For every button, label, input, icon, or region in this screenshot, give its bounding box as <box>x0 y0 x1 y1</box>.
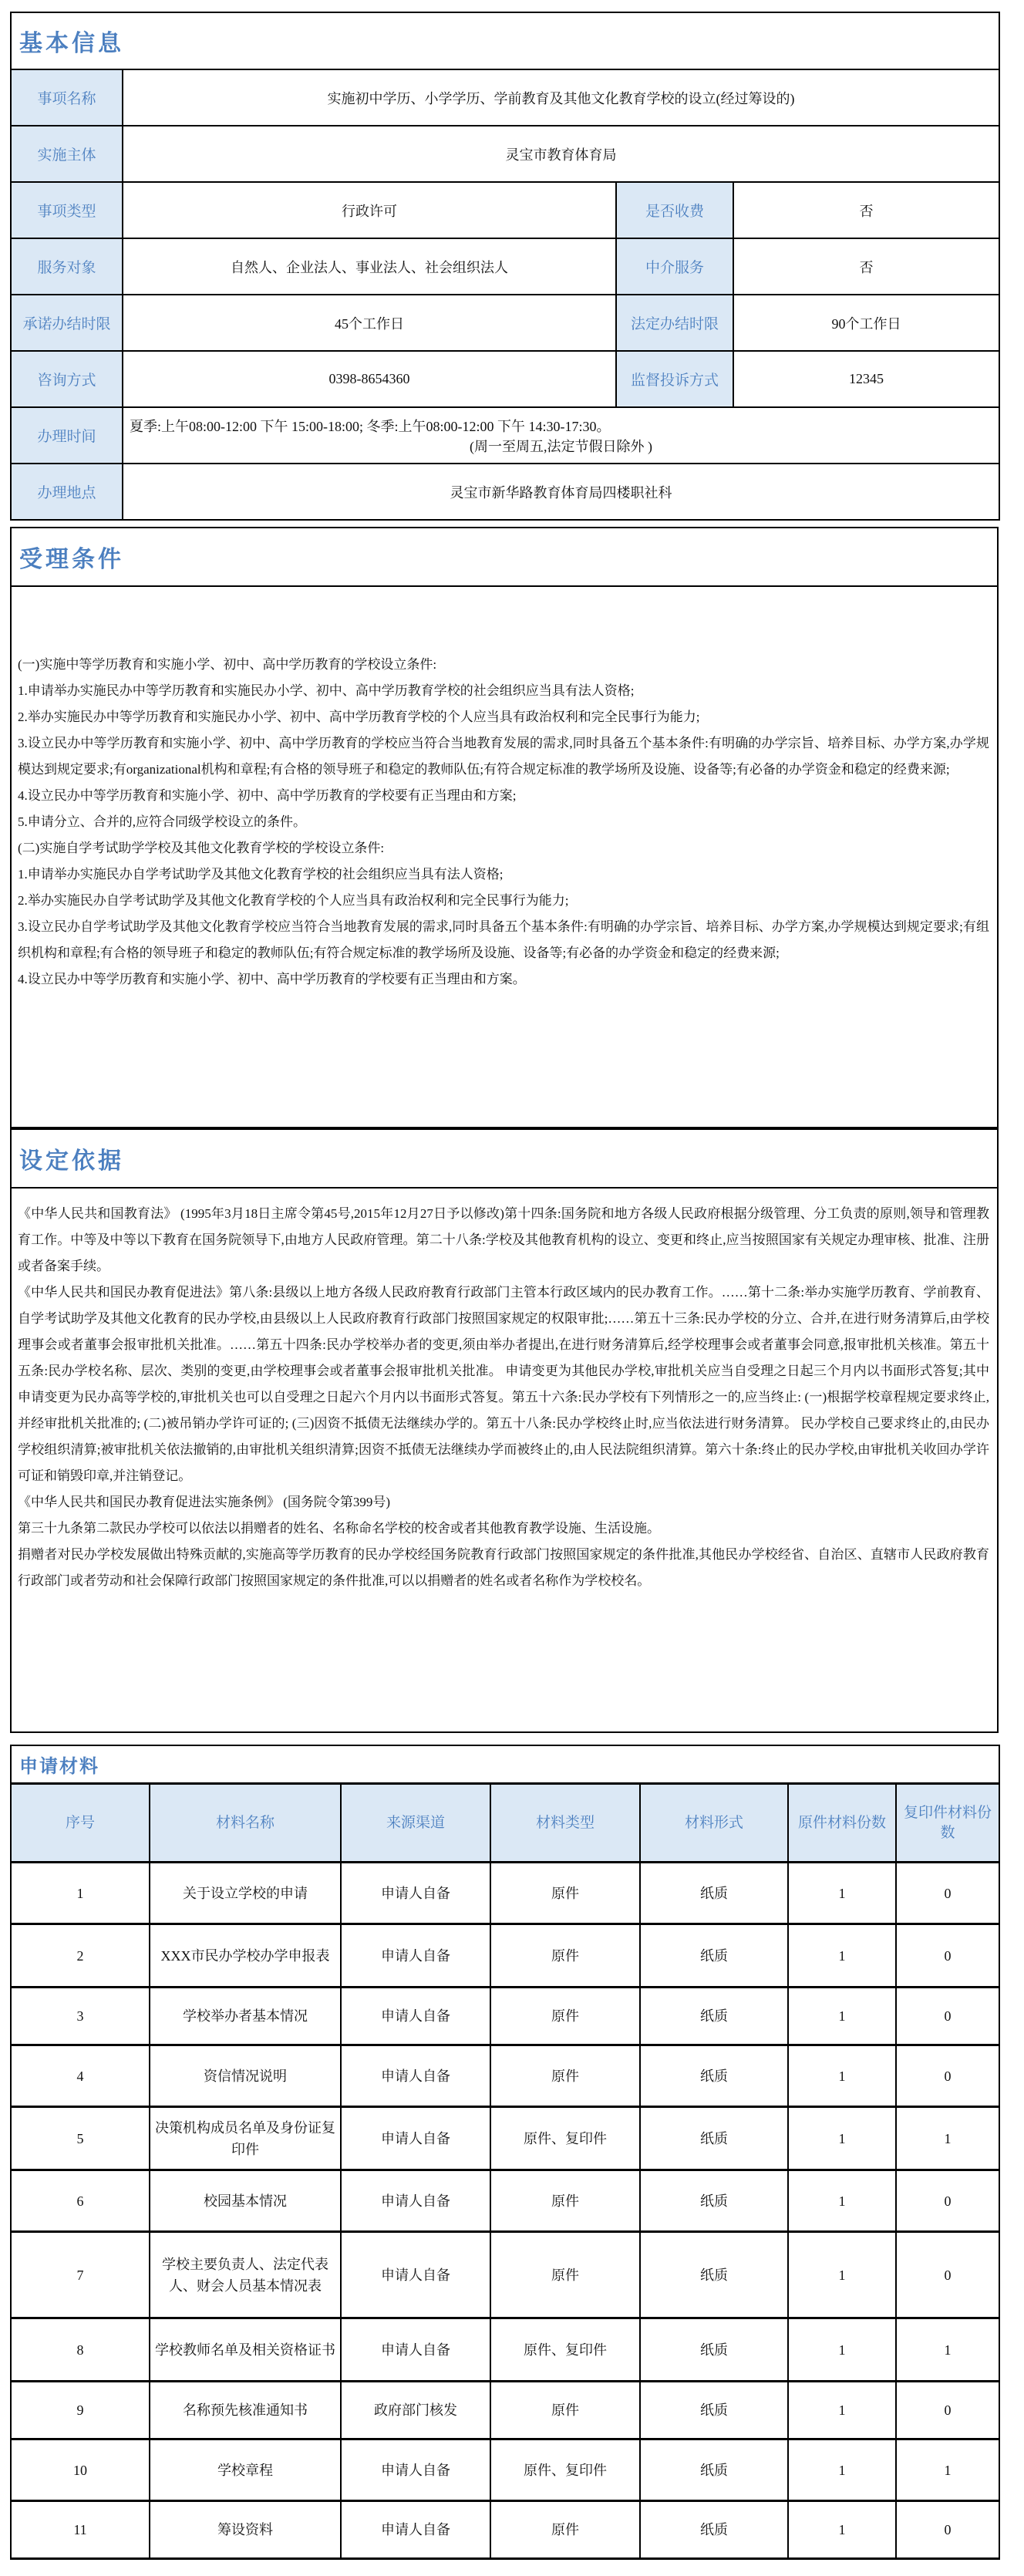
acceptance-line: (一)实施中等学历教育和实施小学、初中、高中学历教育的学校设立条件: <box>18 652 989 678</box>
acceptance-line: 3.设立民办中等学历教育和实施小学、初中、高中学历教育的学校应当符合当地教育发展… <box>18 730 989 783</box>
acceptance-line: 4.设立民办中等学历教育和实施小学、初中、高中学历教育的学校要有正当理由和方案; <box>18 783 989 809</box>
item-name-value: 实施初中学历、小学学历、学前教育及其他文化教育学校的设立(经过筹设的) <box>123 69 999 126</box>
basis-title-cell: 设定依据 <box>11 1129 998 1188</box>
material-form: 纸质 <box>640 2318 788 2382</box>
material-originals: 1 <box>788 2232 896 2318</box>
material-no: 4 <box>11 2045 150 2107</box>
material-no: 3 <box>11 1988 150 2045</box>
acceptance-line: 2.举办实施民办自学考试助学及其他文化教育学校的个人应当具有政治权利和完全民事行… <box>18 888 989 914</box>
item-type-label: 事项类型 <box>11 182 123 238</box>
acceptance-line: 5.申请分立、合并的,应符合同级学校设立的条件。 <box>18 809 989 835</box>
material-form: 纸质 <box>640 2501 788 2559</box>
service-target-label: 服务对象 <box>11 238 123 295</box>
material-form: 纸质 <box>640 1988 788 2045</box>
implementer-value: 灵宝市教育体育局 <box>123 126 999 182</box>
material-originals: 1 <box>788 2382 896 2439</box>
material-copies: 0 <box>896 2232 999 2318</box>
legal-time-label: 法定办结时限 <box>616 295 733 351</box>
materials-table: 申请材料 序号 材料名称 来源渠道 材料类型 材料形式 原件材料份数 复印件材料… <box>10 1745 1000 2560</box>
material-no: 9 <box>11 2382 150 2439</box>
material-type: 原件 <box>490 1924 640 1988</box>
acceptance-line: 1.申请举办实施民办中等学历教育和实施民办小学、初中、高中学历教育学校的社会组织… <box>18 678 989 704</box>
material-name: 学校举办者基本情况 <box>150 1988 341 2045</box>
materials-title-cell: 申请材料 <box>11 1745 999 1784</box>
material-type: 原件 <box>490 2170 640 2232</box>
consult-label: 咨询方式 <box>11 351 123 407</box>
material-name: 校园基本情况 <box>150 2170 341 2232</box>
table-row: 4 资信情况说明 申请人自备 原件 纸质 1 0 <box>11 2045 999 2107</box>
material-no: 1 <box>11 1863 150 1924</box>
basis-paragraph: 捐赠者对民办学校发展做出特殊贡献的,实施高等学历教育的民办学校经国务院教育行政部… <box>18 1542 989 1594</box>
material-copies: 0 <box>896 2170 999 2232</box>
material-name: 资信情况说明 <box>150 2045 341 2107</box>
material-name: XXX市民办学校办学申报表 <box>150 1924 341 1988</box>
materials-header-row: 序号 材料名称 来源渠道 材料类型 材料形式 原件材料份数 复印件材料份数 <box>11 1784 999 1863</box>
material-no: 11 <box>11 2501 150 2559</box>
material-no: 8 <box>11 2318 150 2382</box>
material-form: 纸质 <box>640 1863 788 1924</box>
material-source: 申请人自备 <box>341 2107 490 2170</box>
material-originals: 1 <box>788 1863 896 1924</box>
row-office-hours: 办理时间 夏季:上午08:00-12:00 下午 15:00-18:00; 冬季… <box>11 407 999 464</box>
office-hours-line2: (周一至周五,法定节假日除外 ) <box>128 436 994 456</box>
table-row: 1 关于设立学校的申请 申请人自备 原件 纸质 1 0 <box>11 1863 999 1924</box>
acceptance-line: 4.设立民办中等学历教育和实施小学、初中、高中学历教育的学校要有正当理由和方案。 <box>18 966 989 993</box>
material-copies: 1 <box>896 2439 999 2501</box>
row-item-type: 事项类型 行政许可 是否收费 否 <box>11 182 999 238</box>
service-item-document: 基本信息 事项名称 实施初中学历、小学学历、学前教育及其他文化教育学校的设立(经… <box>10 12 999 2560</box>
table-row: 9 名称预先核准通知书 政府部门核发 原件 纸质 1 0 <box>11 2382 999 2439</box>
col-header-originals: 原件材料份数 <box>788 1784 896 1863</box>
legal-time-value: 90个工作日 <box>733 295 999 351</box>
table-row: 5 决策机构成员名单及身份证复印件 申请人自备 原件、复印件 纸质 1 1 <box>11 2107 999 2170</box>
material-form: 纸质 <box>640 2232 788 2318</box>
material-form: 纸质 <box>640 2382 788 2439</box>
acceptance-section-title: 受理条件 <box>19 547 124 572</box>
material-source: 申请人自备 <box>341 2170 490 2232</box>
service-target-value: 自然人、企业法人、事业法人、社会组织法人 <box>123 238 616 295</box>
basis-paragraph: 《中华人民共和国民办教育促进法实施条例》 (国务院令第399号) <box>18 1489 989 1516</box>
material-copies: 0 <box>896 2501 999 2559</box>
material-originals: 1 <box>788 2107 896 2170</box>
material-copies: 0 <box>896 1988 999 2045</box>
material-copies: 1 <box>896 2318 999 2382</box>
basis-paragraph: 《中华人民共和国教育法》 (1995年3月18日主席令第45号,2015年12月… <box>18 1201 989 1280</box>
material-source: 申请人自备 <box>341 1863 490 1924</box>
supervise-label: 监督投诉方式 <box>616 351 733 407</box>
material-name: 决策机构成员名单及身份证复印件 <box>150 2107 341 2170</box>
material-source: 政府部门核发 <box>341 2382 490 2439</box>
material-source: 申请人自备 <box>341 1924 490 1988</box>
acceptance-content: (一)实施中等学历教育和实施小学、初中、高中学历教育的学校设立条件: 1.申请举… <box>11 586 998 1128</box>
table-row: 10 学校章程 申请人自备 原件、复印件 纸质 1 1 <box>11 2439 999 2501</box>
material-source: 申请人自备 <box>341 2232 490 2318</box>
row-service-target: 服务对象 自然人、企业法人、事业法人、社会组织法人 中介服务 否 <box>11 238 999 295</box>
location-value: 灵宝市新华路教育体育局四楼职社科 <box>123 464 999 520</box>
material-type: 原件 <box>490 2045 640 2107</box>
material-source: 申请人自备 <box>341 2045 490 2107</box>
material-type: 原件、复印件 <box>490 2439 640 2501</box>
material-type: 原件 <box>490 1863 640 1924</box>
implementer-label: 实施主体 <box>11 126 123 182</box>
material-name: 学校教师名单及相关资格证书 <box>150 2318 341 2382</box>
office-hours-value: 夏季:上午08:00-12:00 下午 15:00-18:00; 冬季:上午08… <box>123 407 999 464</box>
material-originals: 1 <box>788 2501 896 2559</box>
material-name: 学校章程 <box>150 2439 341 2501</box>
basis-section-title: 设定依据 <box>19 1148 124 1174</box>
item-type-value: 行政许可 <box>123 182 616 238</box>
material-no: 10 <box>11 2439 150 2501</box>
table-row: 7 学校主要负责人、法定代表人、财会人员基本情况表 申请人自备 原件 纸质 1 … <box>11 2232 999 2318</box>
material-name: 筹设资料 <box>150 2501 341 2559</box>
basis-content: 《中华人民共和国教育法》 (1995年3月18日主席令第45号,2015年12月… <box>11 1188 998 1732</box>
material-name: 名称预先核准通知书 <box>150 2382 341 2439</box>
basis-table: 设定依据 《中华人民共和国教育法》 (1995年3月18日主席令第45号,201… <box>10 1128 999 1733</box>
col-header-type: 材料类型 <box>490 1784 640 1863</box>
material-form: 纸质 <box>640 2045 788 2107</box>
material-source: 申请人自备 <box>341 2439 490 2501</box>
material-no: 6 <box>11 2170 150 2232</box>
material-originals: 1 <box>788 2439 896 2501</box>
material-no: 7 <box>11 2232 150 2318</box>
office-hours-label: 办理时间 <box>11 407 123 464</box>
material-type: 原件 <box>490 1988 640 2045</box>
supervise-value: 12345 <box>733 351 999 407</box>
row-implementer: 实施主体 灵宝市教育体育局 <box>11 126 999 182</box>
row-contact: 咨询方式 0398-8654360 监督投诉方式 12345 <box>11 351 999 407</box>
material-form: 纸质 <box>640 2107 788 2170</box>
material-source: 申请人自备 <box>341 1988 490 2045</box>
acceptance-table: 受理条件 (一)实施中等学历教育和实施小学、初中、高中学历教育的学校设立条件: … <box>10 527 999 1128</box>
material-copies: 0 <box>896 2382 999 2439</box>
material-form: 纸质 <box>640 1924 788 1988</box>
acceptance-line: 3.设立民办自学考试助学及其他文化教育学校应当符合当地教育发展的需求,同时具备五… <box>18 914 989 966</box>
material-form: 纸质 <box>640 2439 788 2501</box>
col-header-source: 来源渠道 <box>341 1784 490 1863</box>
material-name: 学校主要负责人、法定代表人、财会人员基本情况表 <box>150 2232 341 2318</box>
table-row: 6 校园基本情况 申请人自备 原件 纸质 1 0 <box>11 2170 999 2232</box>
material-copies: 0 <box>896 1924 999 1988</box>
material-originals: 1 <box>788 1924 896 1988</box>
material-originals: 1 <box>788 2318 896 2382</box>
location-label: 办理地点 <box>11 464 123 520</box>
section-gap <box>10 1733 999 1745</box>
material-no: 2 <box>11 1924 150 1988</box>
materials-section-title: 申请材料 <box>19 1756 99 1777</box>
table-row: 11 筹设资料 申请人自备 原件 纸质 1 0 <box>11 2501 999 2559</box>
material-source: 申请人自备 <box>341 2501 490 2559</box>
material-originals: 1 <box>788 2170 896 2232</box>
basic-info-section-title: 基本信息 <box>19 31 124 56</box>
material-copies: 0 <box>896 1863 999 1924</box>
acceptance-title-cell: 受理条件 <box>11 528 998 586</box>
material-type: 原件 <box>490 2382 640 2439</box>
acceptance-line: 1.申请举办实施民办自学考试助学及其他文化教育学校的社会组织应当具有法人资格; <box>18 861 989 888</box>
promised-time-value: 45个工作日 <box>123 295 616 351</box>
consult-value: 0398-8654360 <box>123 351 616 407</box>
section-gap <box>10 521 999 527</box>
basic-info-title-cell: 基本信息 <box>11 12 999 69</box>
agency-service-value: 否 <box>733 238 999 295</box>
row-item-name: 事项名称 实施初中学历、小学学历、学前教育及其他文化教育学校的设立(经过筹设的) <box>11 69 999 126</box>
material-originals: 1 <box>788 1988 896 2045</box>
acceptance-line: 2.举办实施民办中等学历教育和实施民办小学、初中、高中学历教育学校的个人应当具有… <box>18 704 989 730</box>
material-copies: 1 <box>896 2107 999 2170</box>
material-type: 原件 <box>490 2232 640 2318</box>
material-name: 关于设立学校的申请 <box>150 1863 341 1924</box>
office-hours-line1: 夏季:上午08:00-12:00 下午 15:00-18:00; 冬季:上午08… <box>128 416 994 436</box>
table-row: 8 学校教师名单及相关资格证书 申请人自备 原件、复印件 纸质 1 1 <box>11 2318 999 2382</box>
agency-service-label: 中介服务 <box>616 238 733 295</box>
table-row: 3 学校举办者基本情况 申请人自备 原件 纸质 1 0 <box>11 1988 999 2045</box>
basis-paragraph: 第三十九条第二款民办学校可以依法以捐赠者的姓名、名称命名学校的校舍或者其他教育教… <box>18 1516 989 1542</box>
material-copies: 0 <box>896 2045 999 2107</box>
col-header-name: 材料名称 <box>150 1784 341 1863</box>
material-originals: 1 <box>788 2045 896 2107</box>
material-type: 原件、复印件 <box>490 2107 640 2170</box>
acceptance-line: (二)实施自学考试助学学校及其他文化教育学校的学校设立条件: <box>18 835 989 861</box>
material-form: 纸质 <box>640 2170 788 2232</box>
table-row: 2 XXX市民办学校办学申报表 申请人自备 原件 纸质 1 0 <box>11 1924 999 1988</box>
material-source: 申请人自备 <box>341 2318 490 2382</box>
row-time-limits: 承诺办结时限 45个工作日 法定办结时限 90个工作日 <box>11 295 999 351</box>
charge-label: 是否收费 <box>616 182 733 238</box>
material-type: 原件 <box>490 2501 640 2559</box>
row-location: 办理地点 灵宝市新华路教育体育局四楼职社科 <box>11 464 999 520</box>
material-no: 5 <box>11 2107 150 2170</box>
material-type: 原件、复印件 <box>490 2318 640 2382</box>
basic-info-table: 基本信息 事项名称 实施初中学历、小学学历、学前教育及其他文化教育学校的设立(经… <box>10 12 1000 521</box>
item-name-label: 事项名称 <box>11 69 123 126</box>
basis-paragraph: 《中华人民共和国民办教育促进法》第八条:县级以上地方各级人民政府教育行政部门主管… <box>18 1280 989 1489</box>
promised-time-label: 承诺办结时限 <box>11 295 123 351</box>
charge-value: 否 <box>733 182 999 238</box>
col-header-copies: 复印件材料份数 <box>896 1784 999 1863</box>
col-header-no: 序号 <box>11 1784 150 1863</box>
col-header-form: 材料形式 <box>640 1784 788 1863</box>
